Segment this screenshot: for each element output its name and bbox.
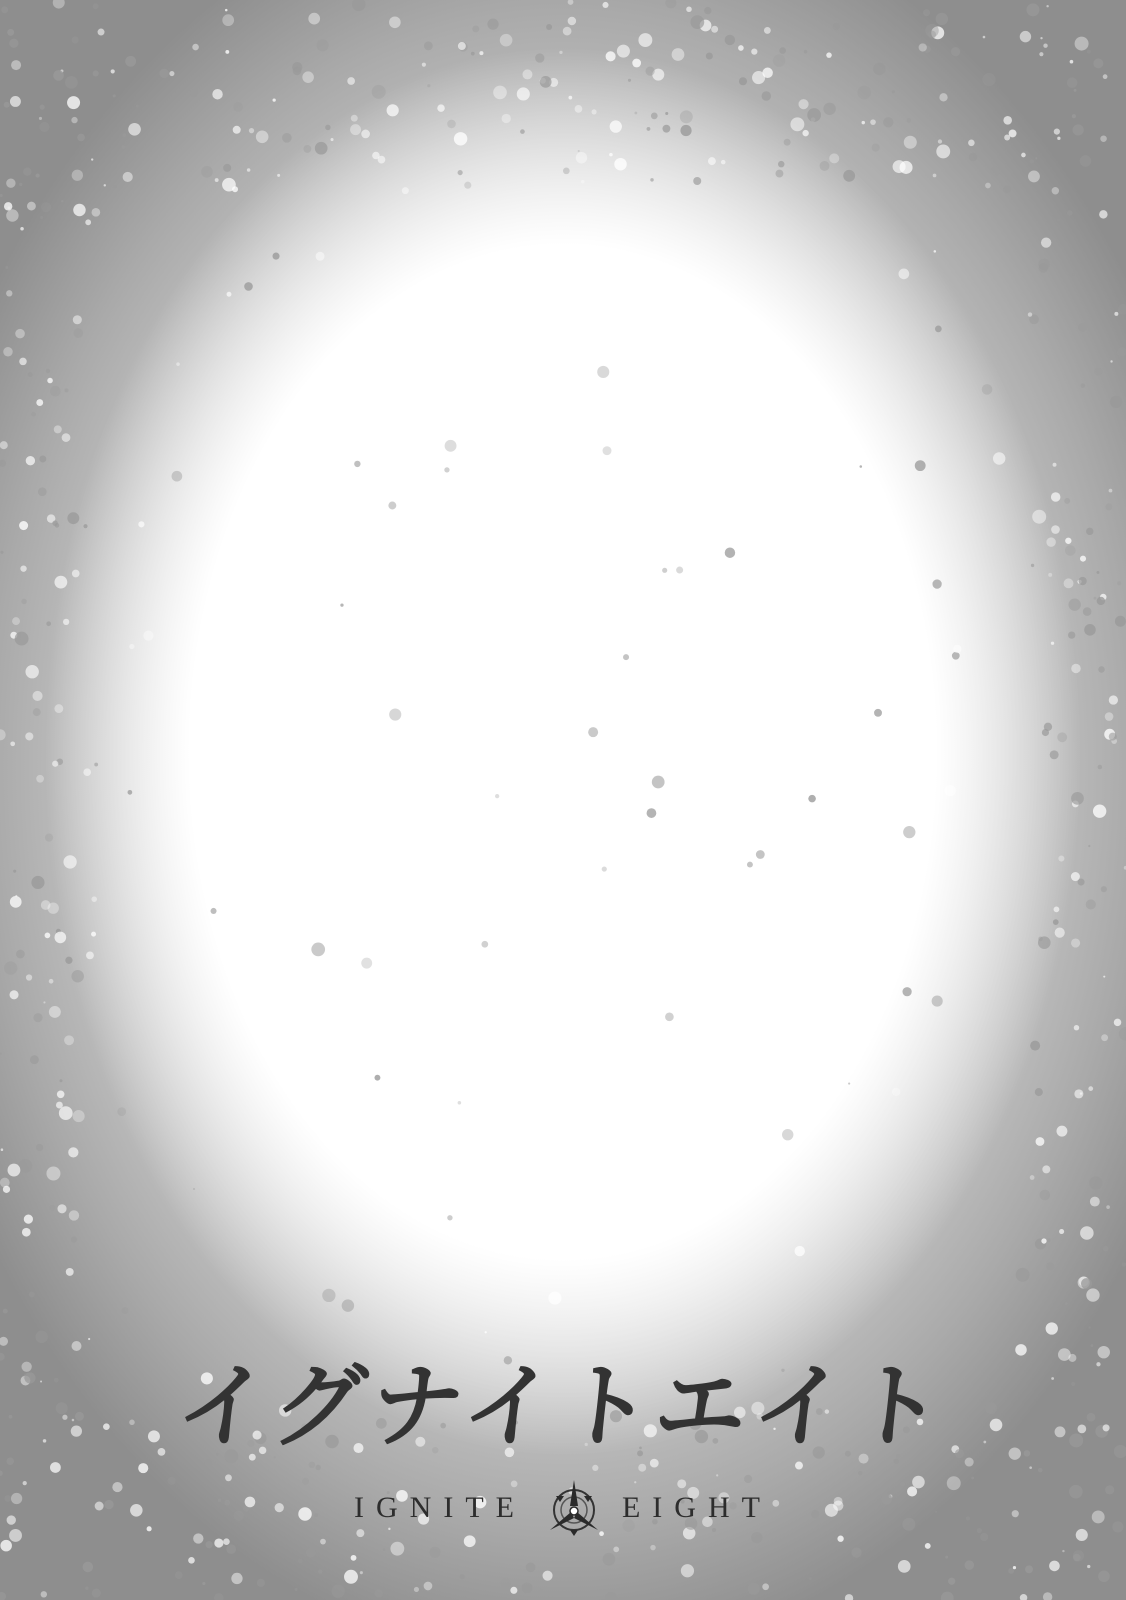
english-title-right: EIGHT <box>622 1491 772 1525</box>
title-logo: イグナイトエイト IGNITE EIGHT <box>0 1360 1126 1538</box>
english-title: IGNITE EIGHT <box>0 1478 1126 1538</box>
english-title-left: IGNITE <box>354 1491 526 1525</box>
japanese-title: イグナイトエイト <box>172 1360 954 1452</box>
tri-blade-emblem-icon <box>544 1478 604 1538</box>
title-page: イグナイトエイト IGNITE EIGHT <box>0 0 1126 1600</box>
